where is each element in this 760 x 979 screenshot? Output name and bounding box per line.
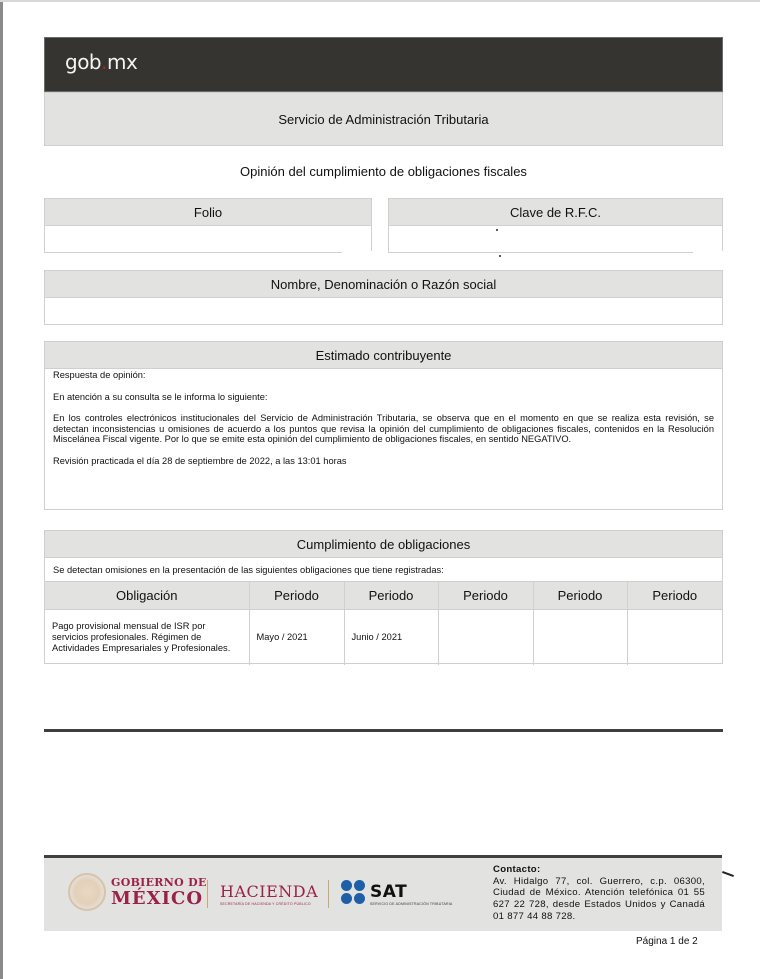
logo-separator	[328, 880, 329, 908]
period-cell: Mayo / 2021	[249, 609, 344, 665]
period-cell	[627, 609, 722, 665]
sat-logo: SAT	[370, 882, 407, 902]
message-paragraph: Revisión practicada el día 28 de septiem…	[53, 456, 714, 467]
sat-logo-icon	[341, 880, 365, 904]
column-header-obligacion: Obligación	[45, 582, 249, 609]
rfc-value	[389, 226, 722, 252]
obligation-cell: Pago provisional mensual de ISR por serv…	[45, 609, 249, 665]
contact-info: Contacto: Av. Hidalgo 77, col. Guerrero,…	[493, 864, 705, 923]
message-section: Estimado contribuyente Respuesta de opin…	[44, 341, 723, 510]
organization-name: Servicio de Administración Tributaria	[278, 112, 488, 127]
period-cell	[438, 609, 533, 665]
contact-body: Av. Hidalgo 77, col. Guerrero, c.p. 0630…	[493, 876, 705, 923]
document-title: Opinión del cumplimiento de obligaciones…	[44, 164, 723, 179]
gobierno-mexico-logo: GOBIERNO DE MÉXICO	[111, 877, 207, 908]
nombre-field: Nombre, Denominación o Razón social	[44, 270, 723, 325]
folio-value	[45, 226, 371, 252]
gobmx-logo[interactable]: gob.mx	[65, 50, 137, 74]
footer: GOBIERNO DE MÉXICO HACIENDA SECRETARÍA D…	[44, 855, 722, 931]
contact-title: Contacto:	[493, 864, 705, 876]
message-heading: Estimado contribuyente	[45, 342, 722, 369]
compliance-heading: Cumplimiento de obligaciones	[45, 531, 722, 558]
compliance-intro: Se detectan omisiones en la presentación…	[45, 558, 722, 582]
rfc-field: Clave de R.F.C.	[388, 198, 723, 253]
obligations-table: Obligación Periodo Periodo Periodo Perio…	[45, 582, 722, 665]
mexico-seal-icon	[68, 873, 106, 911]
folio-field: Folio	[44, 198, 372, 253]
column-header-periodo: Periodo	[438, 582, 533, 609]
message-paragraph: En los controles electrónicos institucio…	[53, 413, 714, 445]
logo-text-suffix: mx	[107, 50, 137, 74]
redaction-dot	[499, 255, 501, 257]
stray-mark	[722, 871, 734, 877]
rfc-label: Clave de R.F.C.	[389, 199, 722, 226]
page-number: Página 1 de 2	[636, 936, 698, 947]
column-header-periodo: Periodo	[249, 582, 344, 609]
gob-logo-line1: GOBIERNO DE	[111, 877, 207, 888]
period-cell	[533, 609, 627, 665]
hacienda-logo: HACIENDA	[220, 882, 318, 901]
redaction-dot	[496, 229, 498, 231]
column-header-periodo: Periodo	[533, 582, 627, 609]
column-header-periodo: Periodo	[627, 582, 722, 609]
table-row: Pago provisional mensual de ISR por serv…	[45, 609, 722, 665]
hacienda-subtitle: SECRETARÍA DE HACIENDA Y CRÉDITO PÚBLICO	[220, 902, 311, 906]
logo-text: gob	[65, 50, 101, 74]
page-edge-top	[0, 0, 760, 2]
gobmx-header: gob.mx	[44, 37, 723, 92]
table-header-row: Obligación Periodo Periodo Periodo Perio…	[45, 582, 722, 609]
compliance-section: Cumplimiento de obligaciones Se detectan…	[44, 530, 723, 664]
message-body: Respuesta de opinión: En atención a su c…	[45, 369, 722, 467]
gob-logo-line2: MÉXICO	[111, 890, 207, 908]
period-cell: Junio / 2021	[344, 609, 438, 665]
sat-subtitle: SERVICIO DE ADMINISTRACIÓN TRIBUTARIA	[370, 902, 452, 906]
logo-separator	[207, 880, 208, 908]
nombre-label: Nombre, Denominación o Razón social	[45, 271, 722, 298]
message-paragraph: Respuesta de opinión:	[53, 370, 714, 381]
section-divider	[44, 729, 723, 732]
message-paragraph: En atención a su consulta se le informa …	[53, 392, 714, 403]
nombre-value	[45, 298, 722, 324]
organization-banner: Servicio de Administración Tributaria	[44, 92, 723, 146]
page-edge	[0, 0, 3, 979]
folio-label: Folio	[45, 199, 371, 226]
column-header-periodo: Periodo	[344, 582, 438, 609]
